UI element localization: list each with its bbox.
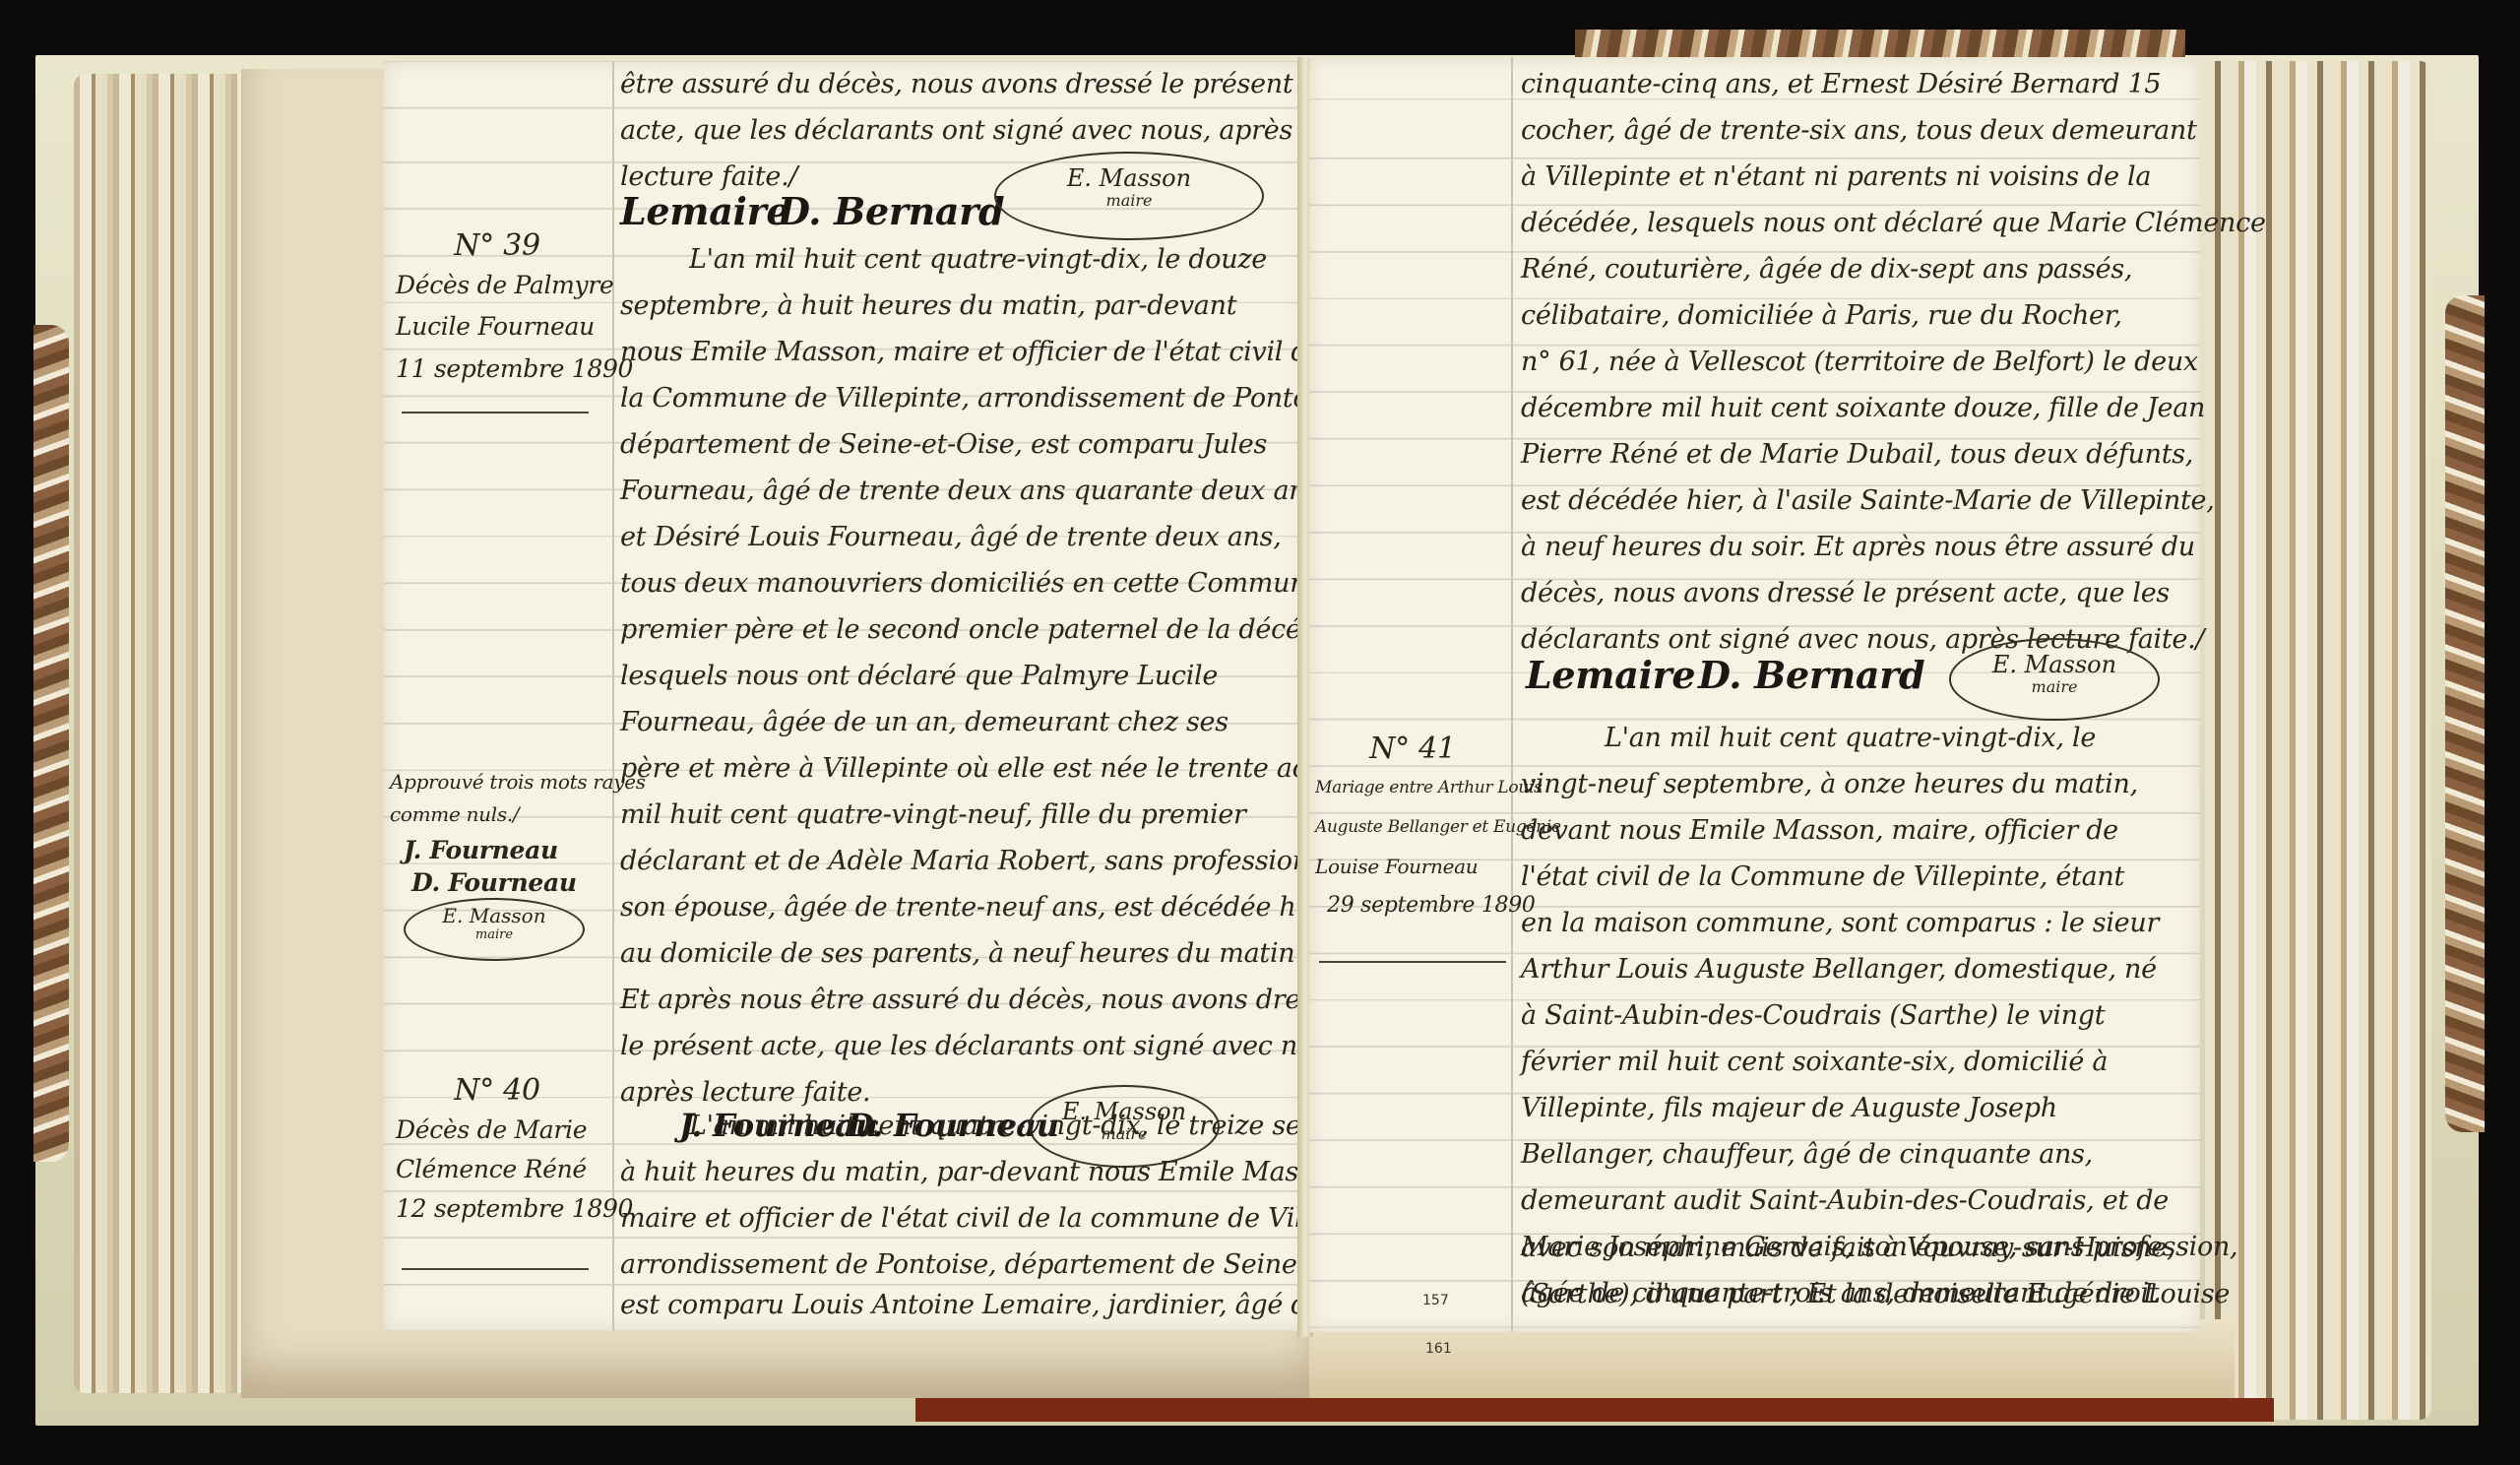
text-line: célibataire, domiciliée à Paris, rue du … [1521, 292, 2122, 339]
text-line: à Villepinte et n'étant ni parents ni vo… [1521, 154, 2151, 200]
margin-signature: D. Fourneau [411, 863, 577, 903]
text-line: déclarant et de Adèle Maria Robert, sans… [620, 838, 1317, 884]
text-line: Villepinte, fils majeur de Auguste Josep… [1521, 1085, 2057, 1131]
text-line: à Saint-Aubin-des-Coudrais (Sarthe) le v… [1521, 992, 2105, 1039]
mayor-title: maire [996, 193, 1262, 209]
text-line: Réné, couturière, âgée de dix-sept ans p… [1521, 246, 2132, 292]
text-line: vingt-neuf septembre, à onze heures du m… [1521, 761, 2138, 807]
text-line: arrondissement de Pontoise, département … [620, 1242, 1407, 1288]
text-line: Arthur Louis Auguste Bellanger, domestiq… [1521, 946, 2157, 992]
text-line: et Désiré Louis Fourneau, âgé de trente … [620, 514, 1281, 560]
text-line: demeurant audit Saint-Aubin-des-Coudrais… [1521, 1178, 2169, 1224]
mayor-signature-seal: E. Masson maire [994, 152, 1264, 240]
right-page: cinquante-cinq ans, et Ernest Désiré Ber… [1309, 57, 2200, 1332]
entry-number: N° 40 [394, 1073, 600, 1108]
margin-title-line: Lucile Fourneau [396, 307, 595, 347]
text-line: la Commune de Villepinte, arrondissement… [620, 375, 1354, 421]
page-edges-right [2205, 61, 2431, 1420]
text-line: Et après nous être assuré du décès, nous… [620, 977, 1343, 1023]
text-line: à neuf heures du soir. Et après nous êtr… [1521, 524, 2195, 570]
text-line: être assuré du décès, nous avons dressé … [620, 61, 1292, 107]
text-line: le présent acte, que les déclarants ont … [620, 1023, 1352, 1069]
text-line: (Sarthe), d'une part ; Et la demoiselle … [1521, 1271, 2230, 1317]
margin-separator [402, 1268, 589, 1270]
mayor-name: E. Masson [406, 904, 583, 927]
text-line: L'an mil huit cent quatre-vingt-dix, le [1605, 715, 2096, 761]
underlying-page-right [1309, 1319, 2235, 1408]
text-line: cinquante-cinq ans, et Ernest Désiré Ber… [1521, 61, 2161, 107]
signature-bernard: D. Bernard [1698, 653, 1924, 697]
text-line: en la maison commune, sont comparus : le… [1521, 900, 2159, 946]
margin-date: 12 septembre 1890 [396, 1189, 633, 1229]
marbled-endpaper-right [2445, 295, 2485, 1132]
margin-title-line: Décès de Marie [396, 1111, 587, 1150]
text-line: mil huit cent quatre-vingt-neuf, fille d… [620, 792, 1246, 838]
mayor-title: maire [1951, 679, 2158, 695]
mayor-name: E. Masson [1951, 650, 2158, 679]
text-line: L'an mil huit cent quatre-vingt-dix, le … [689, 236, 1267, 283]
text-line: cocher, âgé de trente-six ans, tous deux… [1521, 107, 2197, 154]
folio-number: 157 [1422, 1293, 1449, 1308]
text-line: Pierre Réné et de Marie Dubail, tous deu… [1521, 431, 2193, 478]
mayor-signature-seal: E. Masson maire [1949, 638, 2160, 721]
margin-date: 11 septembre 1890 [396, 350, 633, 389]
text-line: premier père et le second oncle paternel… [620, 606, 1356, 653]
text-line: devant nous Emile Masson, maire, officie… [1521, 807, 2118, 854]
text-line: avec son mari, mais de fait à Vouvray-su… [1521, 1225, 2174, 1271]
margin-separator [1319, 961, 1506, 963]
mayor-title: maire [406, 927, 583, 943]
text-line: décès, nous avons dressé le présent acte… [1521, 570, 2170, 616]
margin-title-line: Louise Fourneau [1315, 847, 1478, 886]
margin-separator [402, 412, 589, 414]
text-line: septembre, à huit heures du matin, par-d… [620, 283, 1236, 329]
entry-number: N° 41 [1309, 732, 1516, 766]
marbled-endpaper-left [33, 325, 69, 1162]
text-line: à huit heures du matin, par-devant nous … [620, 1149, 1353, 1195]
text-line: Fourneau, âgée de un an, demeurant chez … [620, 699, 1228, 745]
text-line: décembre mil huit cent soixante douze, f… [1521, 385, 2205, 431]
signature-bernard: D. Bernard [778, 189, 1004, 233]
text-line: décédée, lesquels nous ont déclaré que M… [1521, 200, 2266, 246]
text-line: son épouse, âgée de trente-neuf ans, est… [620, 884, 1332, 930]
text-line: est décédée hier, à l'asile Sainte-Marie… [1521, 478, 2214, 524]
margin-title-line: Décès de Palmyre [396, 266, 614, 305]
text-line: est comparu Louis Antoine Lemaire, jardi… [620, 1282, 1323, 1328]
binding-headband [915, 1398, 2274, 1422]
text-line: père et mère à Villepinte où elle est né… [620, 745, 1335, 792]
signature-lemaire: Lemaire [1526, 653, 1695, 697]
text-line: tous deux manouvriers domiciliés en cett… [620, 560, 1362, 606]
entry-number: N° 39 [394, 228, 600, 263]
text-line: au domicile de ses parents, à neuf heure… [620, 930, 1303, 977]
text-line: Bellanger, chauffeur, âgé de cinquante a… [1521, 1131, 2093, 1178]
text-line: lesquels nous ont déclaré que Palmyre Lu… [620, 653, 1218, 699]
margin-rule [1511, 57, 1513, 1332]
text-line: nous Emile Masson, maire et officier de … [620, 329, 1323, 375]
margin-date: 29 septembre 1890 [1327, 886, 1536, 925]
signature-lemaire: Lemaire [620, 189, 789, 233]
margin-title-line: Mariage entre Arthur Louis [1315, 768, 1543, 807]
margin-annotation: comme nuls./ [390, 795, 519, 834]
text-line: l'état civil de la Commune de Villepinte… [1521, 854, 2124, 900]
mayor-signature-seal: E. Masson maire [404, 898, 585, 961]
text-line: maire et officier de l'état civil de la … [620, 1195, 1402, 1242]
margin-rule [612, 61, 614, 1331]
text-line: département de Seine-et-Oise, est compar… [620, 421, 1267, 468]
text-line: février mil huit cent soixante-six, domi… [1521, 1039, 2108, 1085]
text-line-with-strikethrough: Fourneau, âgé de trente deux ans quarant… [620, 468, 1327, 514]
margin-title-line: Clémence Réné [396, 1150, 587, 1189]
underlying-folio-number: 161 [1425, 1341, 1452, 1357]
mayor-name: E. Masson [996, 163, 1262, 193]
text-line: acte, que les déclarants ont signé avec … [620, 107, 1292, 154]
left-page: être assuré du décès, nous avons dressé … [384, 61, 1304, 1331]
text-line: n° 61, née à Vellescot (territoire de Be… [1521, 339, 2198, 385]
